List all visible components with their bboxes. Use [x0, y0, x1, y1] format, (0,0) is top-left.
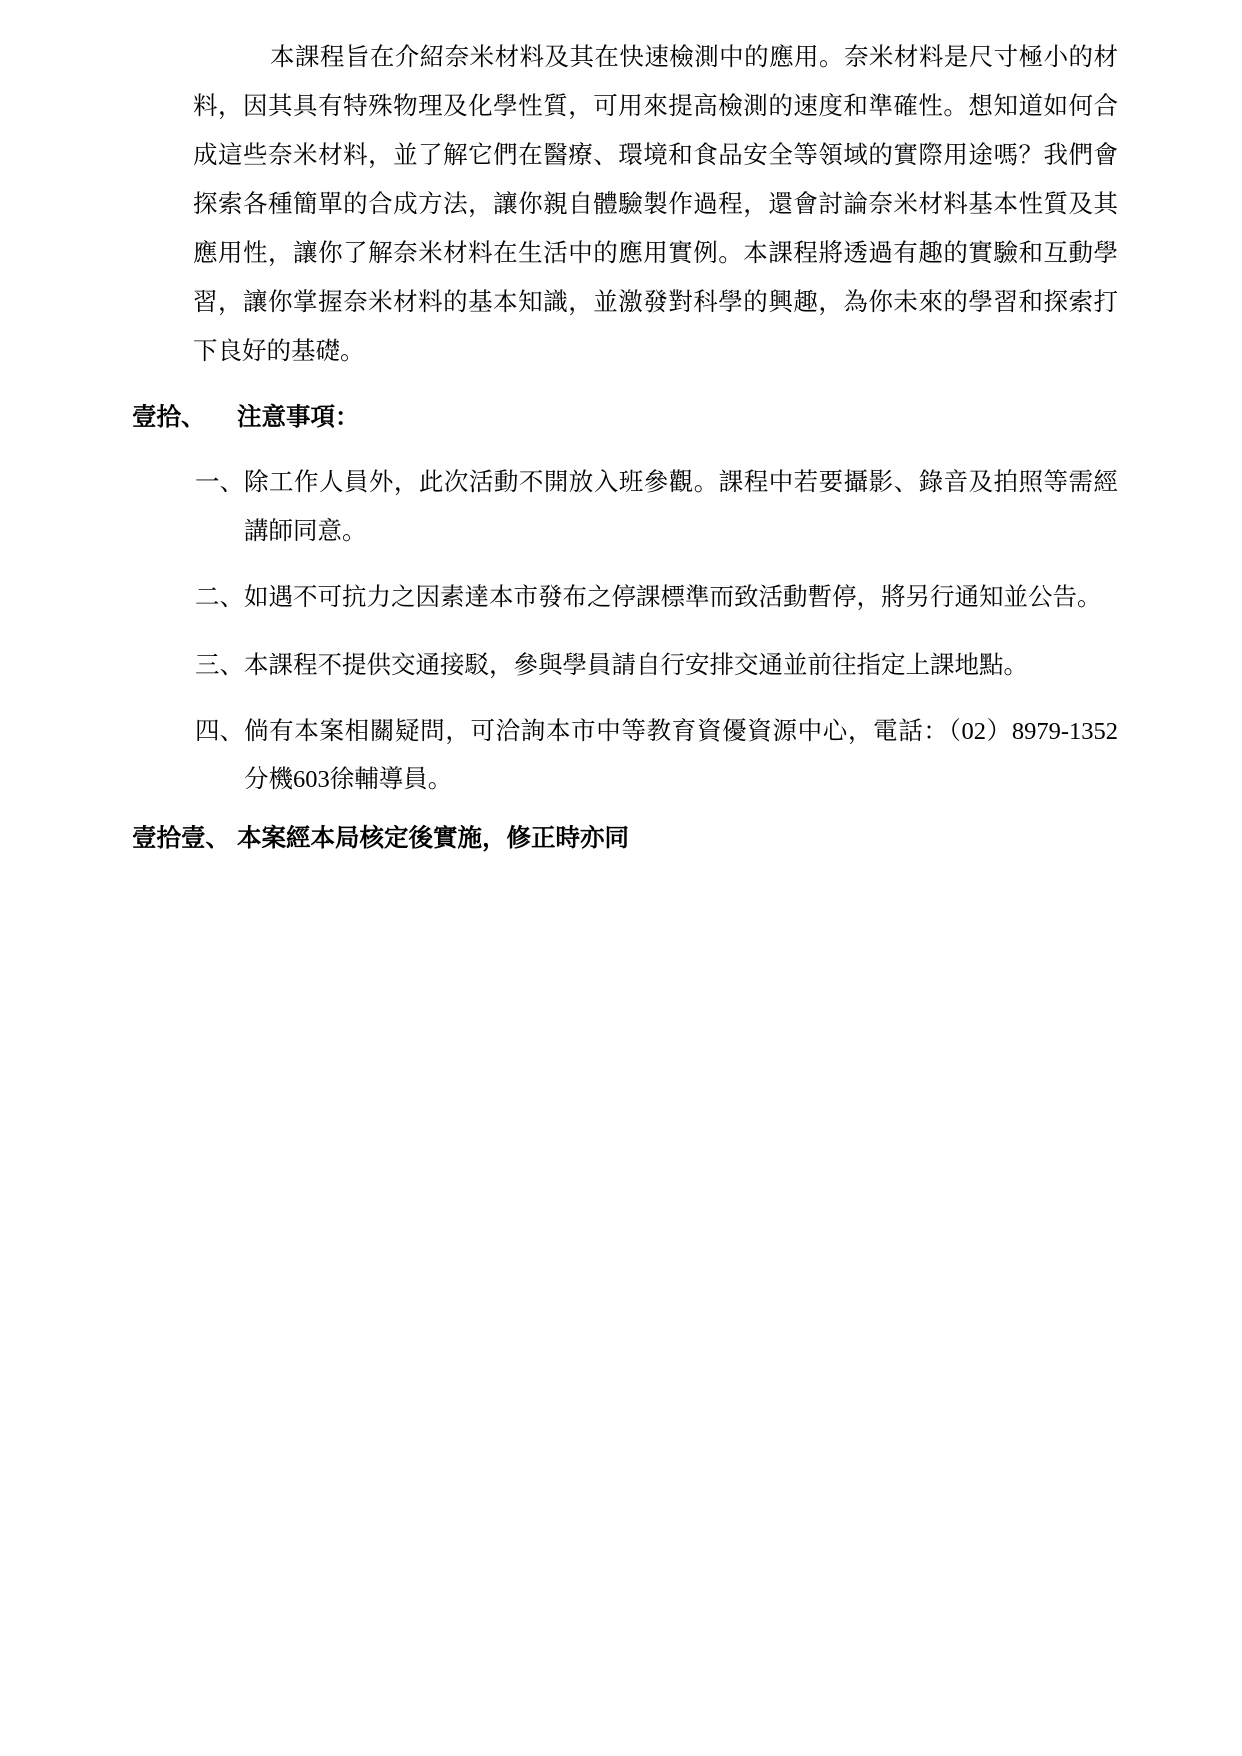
document-page: 本課程旨在介紹奈米材料及其在快速檢測中的應用。奈米材料是尺寸極小的材 料，因其具…: [0, 0, 1242, 1756]
item-text-line: 本課程不提供交通接駁，參與學員請自行安排交通並前往指定上課地點。: [244, 641, 1118, 690]
paragraph-line: 料，因其具有特殊物理及化學性質，可用來提高檢測的速度和準確性。想知道如何合: [193, 82, 1118, 131]
paragraph-line: 探索各種簡單的合成方法，讓你親自體驗製作過程，還會討論奈米材料基本性質及其: [193, 180, 1118, 229]
section-title: 注意事項：: [237, 393, 360, 442]
section-number: 壹拾壹、: [132, 814, 237, 863]
item-text-line: 分機603徐輔導員。: [244, 756, 1118, 804]
paragraph-line: 成這些奈米材料，並了解它們在醫療、環境和食品安全等領域的實際用途嗎？我們會: [193, 131, 1118, 180]
notice-item-4: 四、 倘有本案相關疑問，可洽詢本市中等教育資優資源中心，電話：（02）8979-…: [195, 708, 1118, 804]
notice-item-3: 三、 本課程不提供交通接駁，參與學員請自行安排交通並前往指定上課地點。: [195, 641, 1118, 690]
item-label: 一、: [195, 458, 244, 507]
item-label: 三、: [195, 641, 244, 690]
paragraph-line: 習，讓你掌握奈米材料的基本知識，並激發對科學的興趣，為你未來的學習和探索打: [193, 278, 1118, 327]
section-title: 本案經本局核定後實施，修正時亦同: [237, 814, 629, 863]
item-label: 二、: [195, 573, 244, 622]
item-label: 四、: [195, 708, 244, 756]
section-number: 壹拾、: [132, 393, 237, 442]
paragraph-line: 下良好的基礎。: [193, 327, 1118, 376]
item-text-line: 倘有本案相關疑問，可洽詢本市中等教育資優資源中心，電話：（02）8979-135…: [244, 708, 1118, 756]
notice-item-1: 一、 除工作人員外，此次活動不開放入班參觀。課程中若要攝影、錄音及拍照等需經 講…: [195, 458, 1118, 556]
intro-paragraph: 本課程旨在介紹奈米材料及其在快速檢測中的應用。奈米材料是尺寸極小的材 料，因其具…: [193, 33, 1118, 376]
section-heading-approval: 壹拾壹、 本案經本局核定後實施，修正時亦同: [132, 814, 1118, 863]
section-heading-notes: 壹拾、 注意事項：: [132, 393, 1118, 442]
paragraph-line: 應用性，讓你了解奈米材料在生活中的應用實例。本課程將透過有趣的實驗和互動學: [193, 229, 1118, 278]
item-text-line: 除工作人員外，此次活動不開放入班參觀。課程中若要攝影、錄音及拍照等需經: [244, 458, 1118, 507]
item-text-line: 如遇不可抗力之因素達本市發布之停課標準而致活動暫停，將另行通知並公告。: [244, 573, 1118, 622]
notice-item-2: 二、 如遇不可抗力之因素達本市發布之停課標準而致活動暫停，將另行通知並公告。: [195, 573, 1118, 622]
item-text-line: 講師同意。: [244, 507, 1118, 556]
paragraph-line: 本課程旨在介紹奈米材料及其在快速檢測中的應用。奈米材料是尺寸極小的材: [193, 33, 1118, 82]
